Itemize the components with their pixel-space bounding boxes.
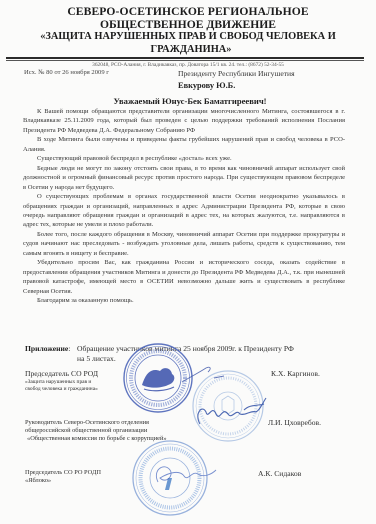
paragraph: Более того, после каждого обращения в Мо… <box>23 230 345 258</box>
header-rule-thick <box>6 57 364 59</box>
signatory-org-line-1: «Защита нарушенных прав и <box>25 379 98 386</box>
attachment-note: Приложение: Обращение участников митинга… <box>25 344 70 353</box>
attachment-line-2: на 5 листах. <box>77 354 116 363</box>
signatory-name-2: Л.И. Цховребов. <box>268 418 321 427</box>
outgoing-reference: Исх. № 80 от 26 ноября 2009 г <box>24 69 109 76</box>
org-name-line-4: ГРАЖДАНИНА» <box>3 44 376 55</box>
recipient-name: Евкурову Ю.Б. <box>178 81 235 90</box>
org-stamp-icon <box>124 344 192 412</box>
header-rule-thin <box>6 60 364 61</box>
paragraph: Существующий правовой беспредел в респуб… <box>23 154 345 163</box>
signature-block-3: Председатель СО РО РОДП «Яблоко» <box>25 469 101 485</box>
signatory-org: «Яблоко» <box>25 477 101 485</box>
handwritten-signature-3 <box>156 467 216 482</box>
org-address: 362048, РСО-Алания, г. Владикавказ, пр. … <box>0 62 376 68</box>
signatory-name-1: К.Х. Каргинов. <box>271 369 320 378</box>
letter-page: СЕВЕРО-ОСЕТИНСКОЕ РЕГИОНАЛЬНОЕ ОБЩЕСТВЕН… <box>0 0 376 524</box>
signature-block-1: Председатель СО РОД «Защита нарушенных п… <box>25 369 98 393</box>
org-name-line-1: СЕВЕРО-ОСЕТИНСКОЕ РЕГИОНАЛЬНОЕ <box>0 5 376 18</box>
handwritten-signature-2 <box>198 398 266 424</box>
attachment-line-1: Обращение участников митинга 25 ноября 2… <box>77 344 294 353</box>
signatory-title: Председатель СО РОД <box>25 369 98 378</box>
signatory-title: Председатель СО РО РОДП <box>25 469 101 477</box>
org-name-line-3: «ЗАЩИТА НАРУШЕННЫХ ПРАВ И СВОБОД ЧЕЛОВЕК… <box>0 31 376 42</box>
signatory-org-line-2: свобод человека и гражданина» <box>25 386 98 393</box>
org-name-line-2: ОБЩЕСТВЕННОЕ ДВИЖЕНИЕ <box>0 18 376 31</box>
handwritten-signature-1 <box>182 367 224 382</box>
paragraph: Убедительно просим Вас, как гражданина Р… <box>23 258 345 296</box>
salutation: Уважаемый Юнус-Бек Баматгиреевич! <box>0 96 376 106</box>
paragraph: Бедные люди не могут по закону отстоять … <box>23 164 345 192</box>
signatory-name-3: А.К. Сидаков <box>258 469 301 478</box>
attachment-label: Приложение <box>25 344 68 353</box>
paragraph: О существующих проблемам в органах госуд… <box>23 192 345 230</box>
signature-block-2: Руководитель Северо-Осетинского отделени… <box>25 419 167 444</box>
letter-body: К Вашей помощи обращаются представители … <box>23 107 345 306</box>
recipient-title: Президенту Республики Ингушетия <box>178 69 295 78</box>
signatory-title-line-2: общероссийской общественной организации <box>25 427 167 435</box>
signatory-title-line-3: «Общественная комиссия по борьбе с корру… <box>25 435 167 443</box>
paragraph: Благодарим за оказанную помощь. <box>23 296 345 305</box>
paragraph: К Вашей помощи обращаются представители … <box>23 107 345 135</box>
yabloko-stamp-icon <box>133 441 207 515</box>
paragraph: В ходе Митинга были озвучены и приведены… <box>23 135 345 154</box>
signatory-title-line-1: Руководитель Северо-Осетинского отделени… <box>25 419 167 427</box>
commission-stamp-icon <box>193 371 263 441</box>
